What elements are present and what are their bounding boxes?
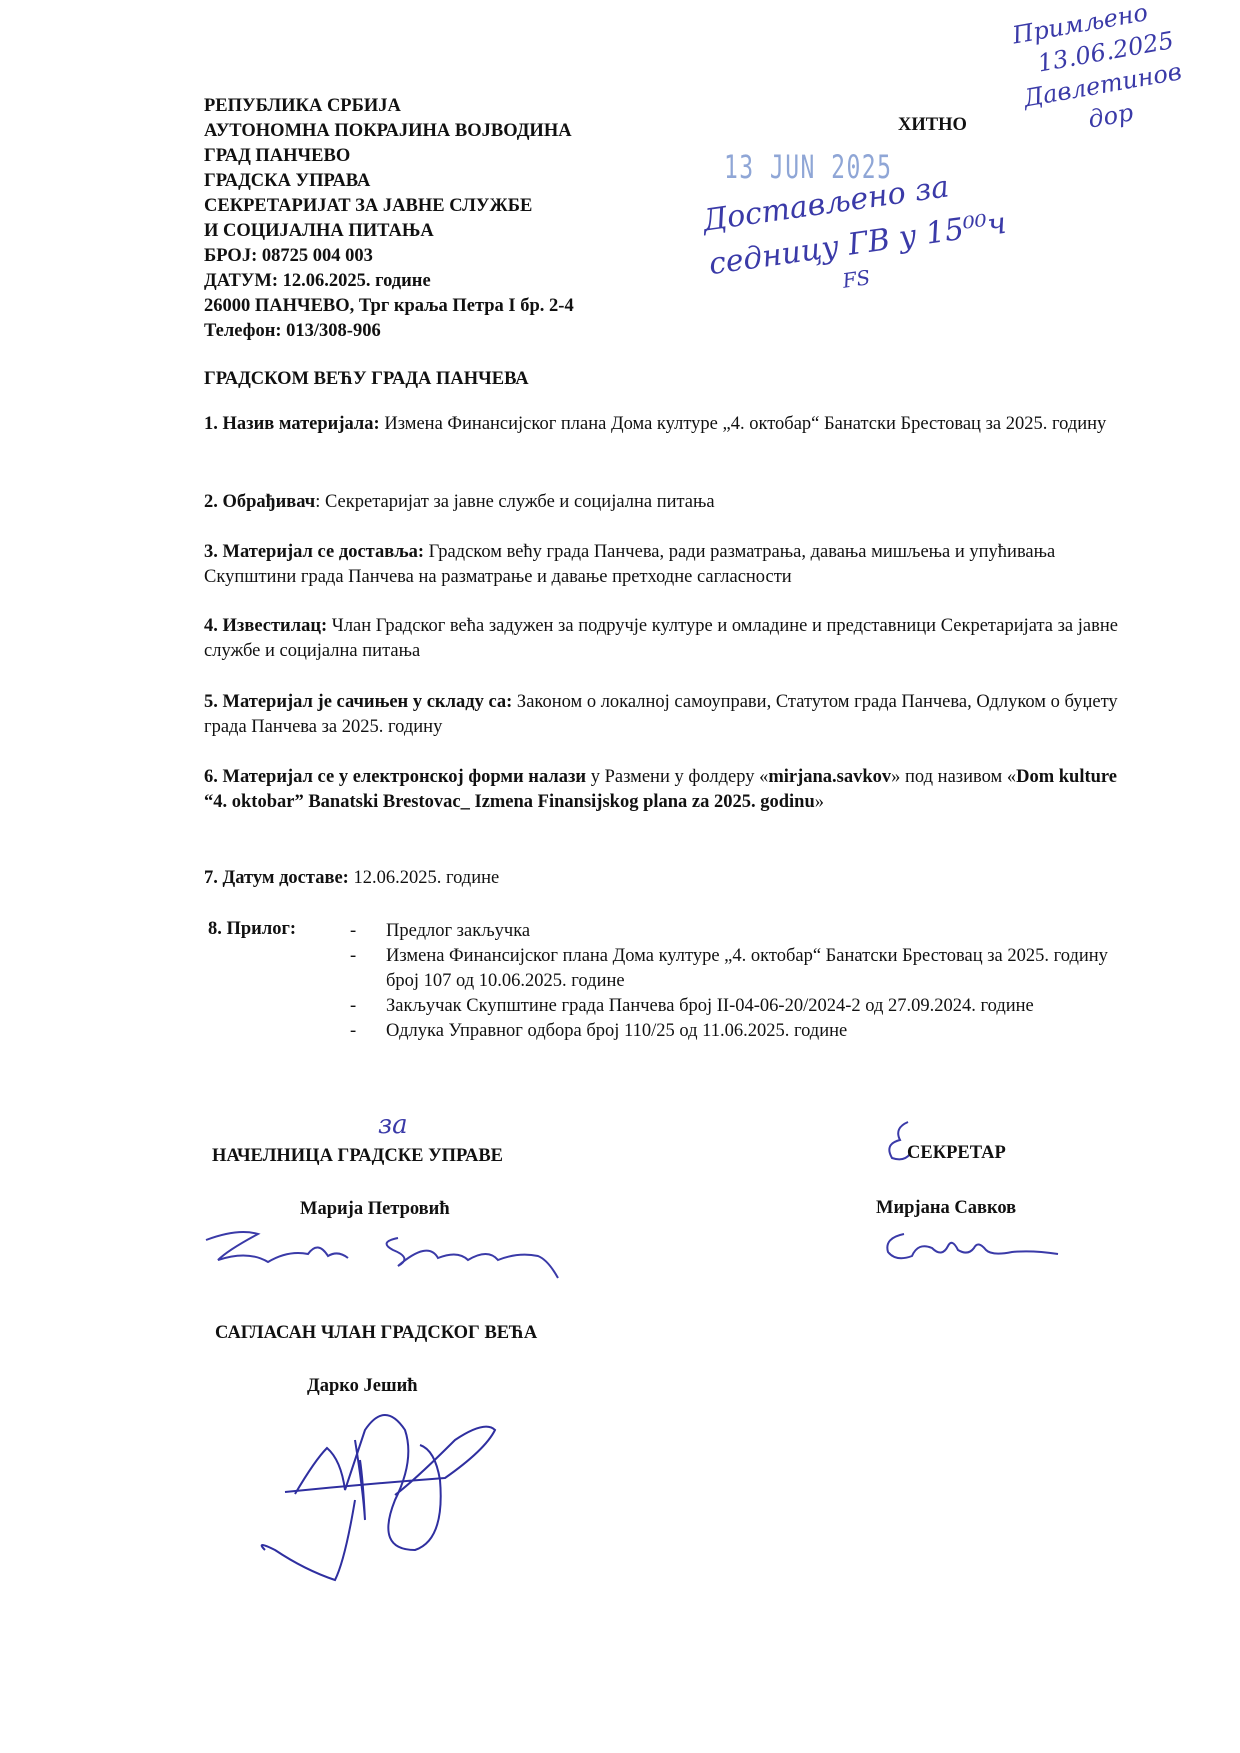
signatory-name-council: Дарко Јешић xyxy=(307,1376,418,1397)
letterhead-line: И СОЦИЈАЛНА ПИТАЊА xyxy=(204,219,574,244)
signatory-title-council: САГЛАСАН ЧЛАН ГРАДСКОГ ВЕЋА xyxy=(215,1323,537,1344)
section-label: 3. Материјал се доставља: xyxy=(204,542,424,562)
section-text: Члан Градског већа задужен за подручје к… xyxy=(204,616,1118,661)
letterhead-line: СЕКРЕТАРИЈАТ ЗА ЈАВНЕ СЛУЖБЕ xyxy=(204,194,574,219)
section-label: 1. Назив материјала: xyxy=(204,414,380,434)
signature-council xyxy=(245,1400,525,1590)
section-reporter: 4. Известилац: Члан Градског већа задуже… xyxy=(204,614,1124,664)
letterhead-line: АУТОНОМНА ПОКРАЈИНА ВОЈВОДИНА xyxy=(204,119,574,144)
attachment-text: Одлука Управног одбора број 110/25 од 11… xyxy=(386,1021,847,1041)
section-label: 4. Известилац: xyxy=(204,616,327,636)
signatory-title-head: НАЧЕЛНИЦА ГРАДСКЕ УПРАВЕ xyxy=(212,1146,503,1167)
section-material-name: 1. Назив материјала: Измена Финансијског… xyxy=(204,412,1124,437)
phone: Телефон: 013/308-906 xyxy=(204,319,574,344)
attachment-item: -Одлука Управног одбора број 110/25 од 1… xyxy=(350,1019,1120,1044)
letterhead-line: ГРАДСКА УПРАВА xyxy=(204,169,574,194)
dash-bullet-icon: - xyxy=(350,1019,356,1044)
attachment-text: Закључак Скупштине града Панчева број II… xyxy=(386,996,1034,1016)
section-delivery-date: 7. Датум доставе: 12.06.2025. године xyxy=(204,866,1124,891)
handwritten-receipt-note: Примљено 13.06.2025 Давлетинов дор xyxy=(1010,0,1190,146)
section-legal-basis: 5. Материјал је сачињен у складу са: Зак… xyxy=(204,690,1124,740)
folder-name: mirjana.savkov xyxy=(768,767,891,787)
handwritten-on-behalf-prefix: за xyxy=(378,1110,408,1140)
document-date: ДАТУМ: 12.06.2025. године xyxy=(204,269,574,294)
addressee: ГРАДСКОМ ВЕЋУ ГРАДА ПАНЧЕВА xyxy=(204,369,529,390)
address: 26000 ПАНЧЕВО, Трг краља Петра I бр. 2-4 xyxy=(204,294,574,319)
signature-head xyxy=(198,1220,568,1290)
section-delivered-to: 3. Материјал се доставља: Градском већу … xyxy=(204,540,1124,590)
attachments-label: 8. Прилог: xyxy=(208,919,296,940)
attachment-item: -Предлог закључка xyxy=(350,919,1120,944)
dash-bullet-icon: - xyxy=(350,994,356,1019)
section-text: у Размени у фолдеру « xyxy=(586,767,768,787)
section-text: » под називом « xyxy=(891,767,1016,787)
section-text: » xyxy=(815,792,824,812)
signatory-name-secretary: Мирјана Савков xyxy=(876,1198,1016,1219)
signature-secretary xyxy=(882,1226,1062,1266)
letterhead: РЕПУБЛИКА СРБИЈА АУТОНОМНА ПОКРАЈИНА ВОЈ… xyxy=(204,94,574,344)
signatory-title-secretary: СЕКРЕТАР xyxy=(907,1143,1006,1164)
attachment-text: Измена Финансијског плана Дома културе „… xyxy=(386,946,1108,991)
attachments-list: -Предлог закључка -Измена Финансијског п… xyxy=(350,919,1120,1044)
section-electronic-location: 6. Материјал се у електронској форми нал… xyxy=(204,765,1124,815)
section-text: : Секретаријат за јавне службе и социјал… xyxy=(315,492,714,512)
section-processor: 2. Обрађивач: Секретаријат за јавне служ… xyxy=(204,490,1124,515)
attachment-item: -Измена Финансијског плана Дома културе … xyxy=(350,944,1120,994)
letterhead-line: РЕПУБЛИКА СРБИЈА xyxy=(204,94,574,119)
document-number: БРОЈ: 08725 004 003 xyxy=(204,244,574,269)
section-label: 2. Обрађивач xyxy=(204,492,315,512)
section-label: 5. Материјал је сачињен у складу са: xyxy=(204,692,512,712)
section-label: 6. Материјал се у електронској форми нал… xyxy=(204,767,586,787)
letterhead-line: ГРАД ПАНЧЕВО xyxy=(204,144,574,169)
section-label: 7. Датум доставе: xyxy=(204,868,349,888)
dash-bullet-icon: - xyxy=(350,944,356,969)
section-text: 12.06.2025. године xyxy=(349,868,499,888)
signatory-name-head: Марија Петровић xyxy=(300,1199,450,1220)
dash-bullet-icon: - xyxy=(350,919,356,944)
attachment-text: Предлог закључка xyxy=(386,921,530,941)
attachment-item: -Закључак Скупштине града Панчева број I… xyxy=(350,994,1120,1019)
section-text: Измена Финансијског плана Дома културе „… xyxy=(380,414,1107,434)
urgent-label: ХИТНО xyxy=(898,115,967,136)
